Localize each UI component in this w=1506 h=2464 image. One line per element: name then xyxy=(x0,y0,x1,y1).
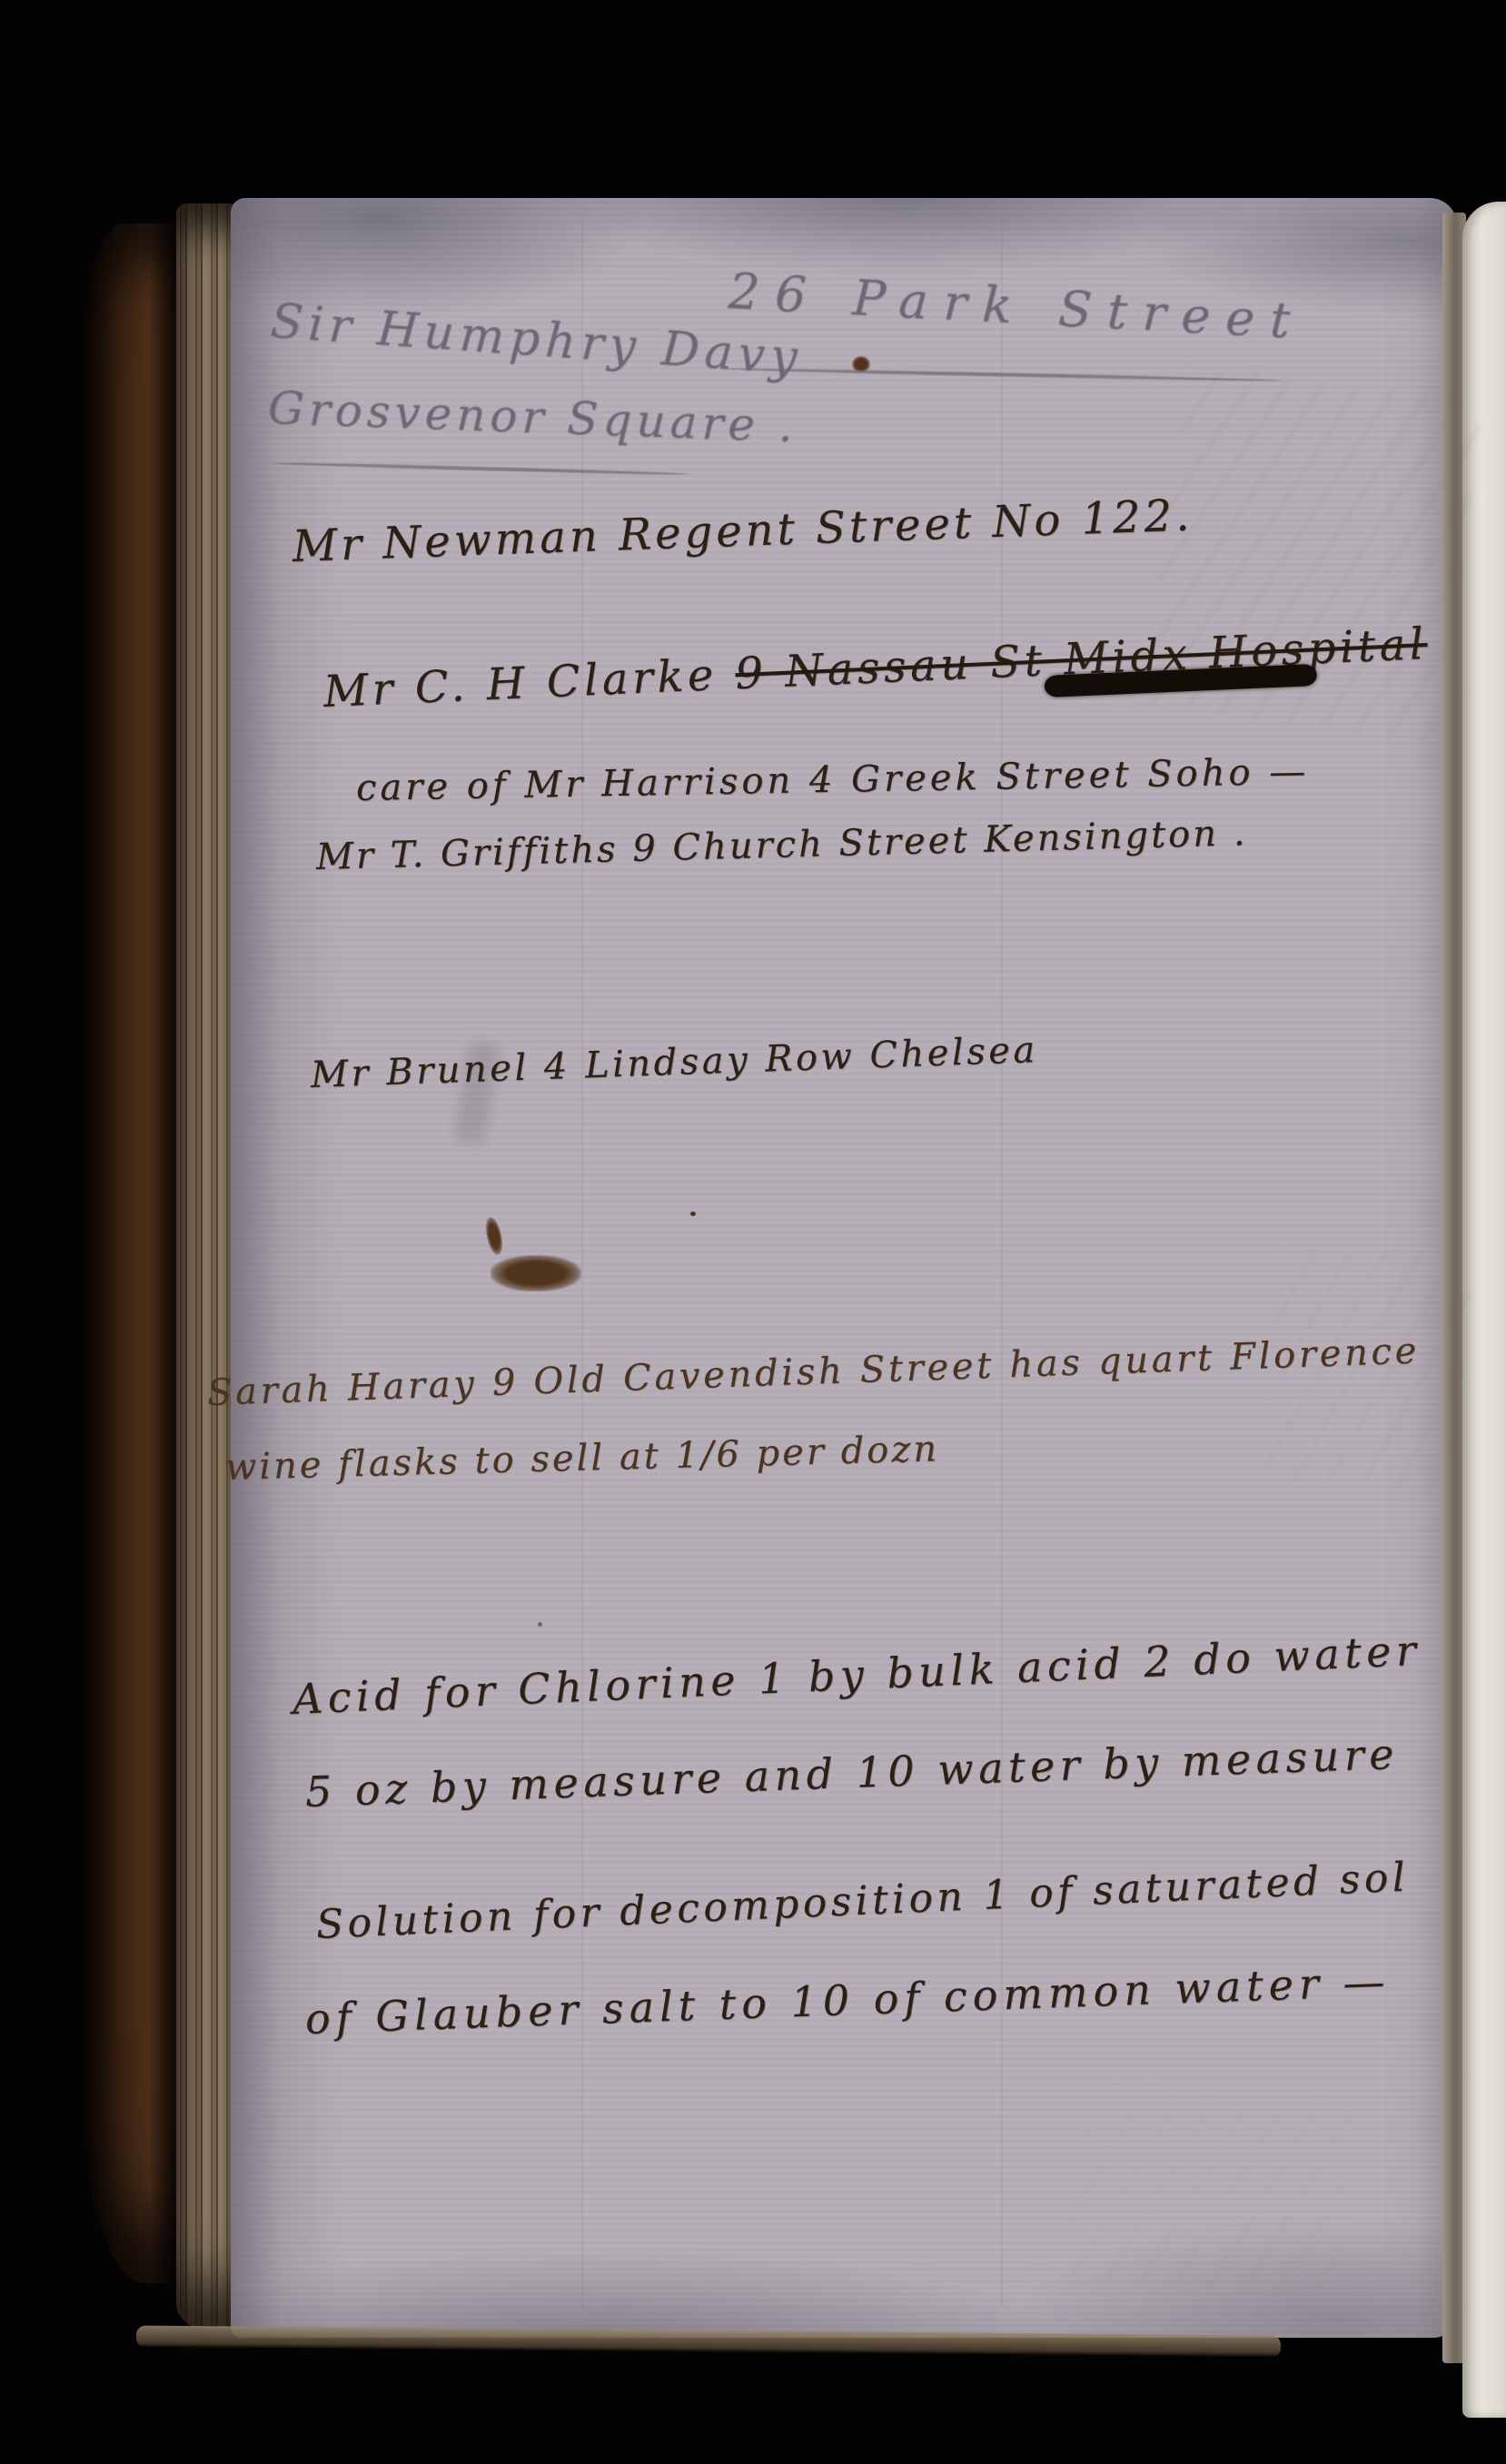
speck xyxy=(538,1622,542,1627)
manuscript-photo: Sir Humphry Davy 26 Park Street Grosveno… xyxy=(0,0,1506,2464)
speck xyxy=(690,1212,696,1216)
book-spine xyxy=(82,223,191,2283)
ink-blot-small xyxy=(490,1255,581,1291)
next-page-edge xyxy=(1462,202,1506,2418)
ink-show-through xyxy=(1062,2075,1353,2302)
